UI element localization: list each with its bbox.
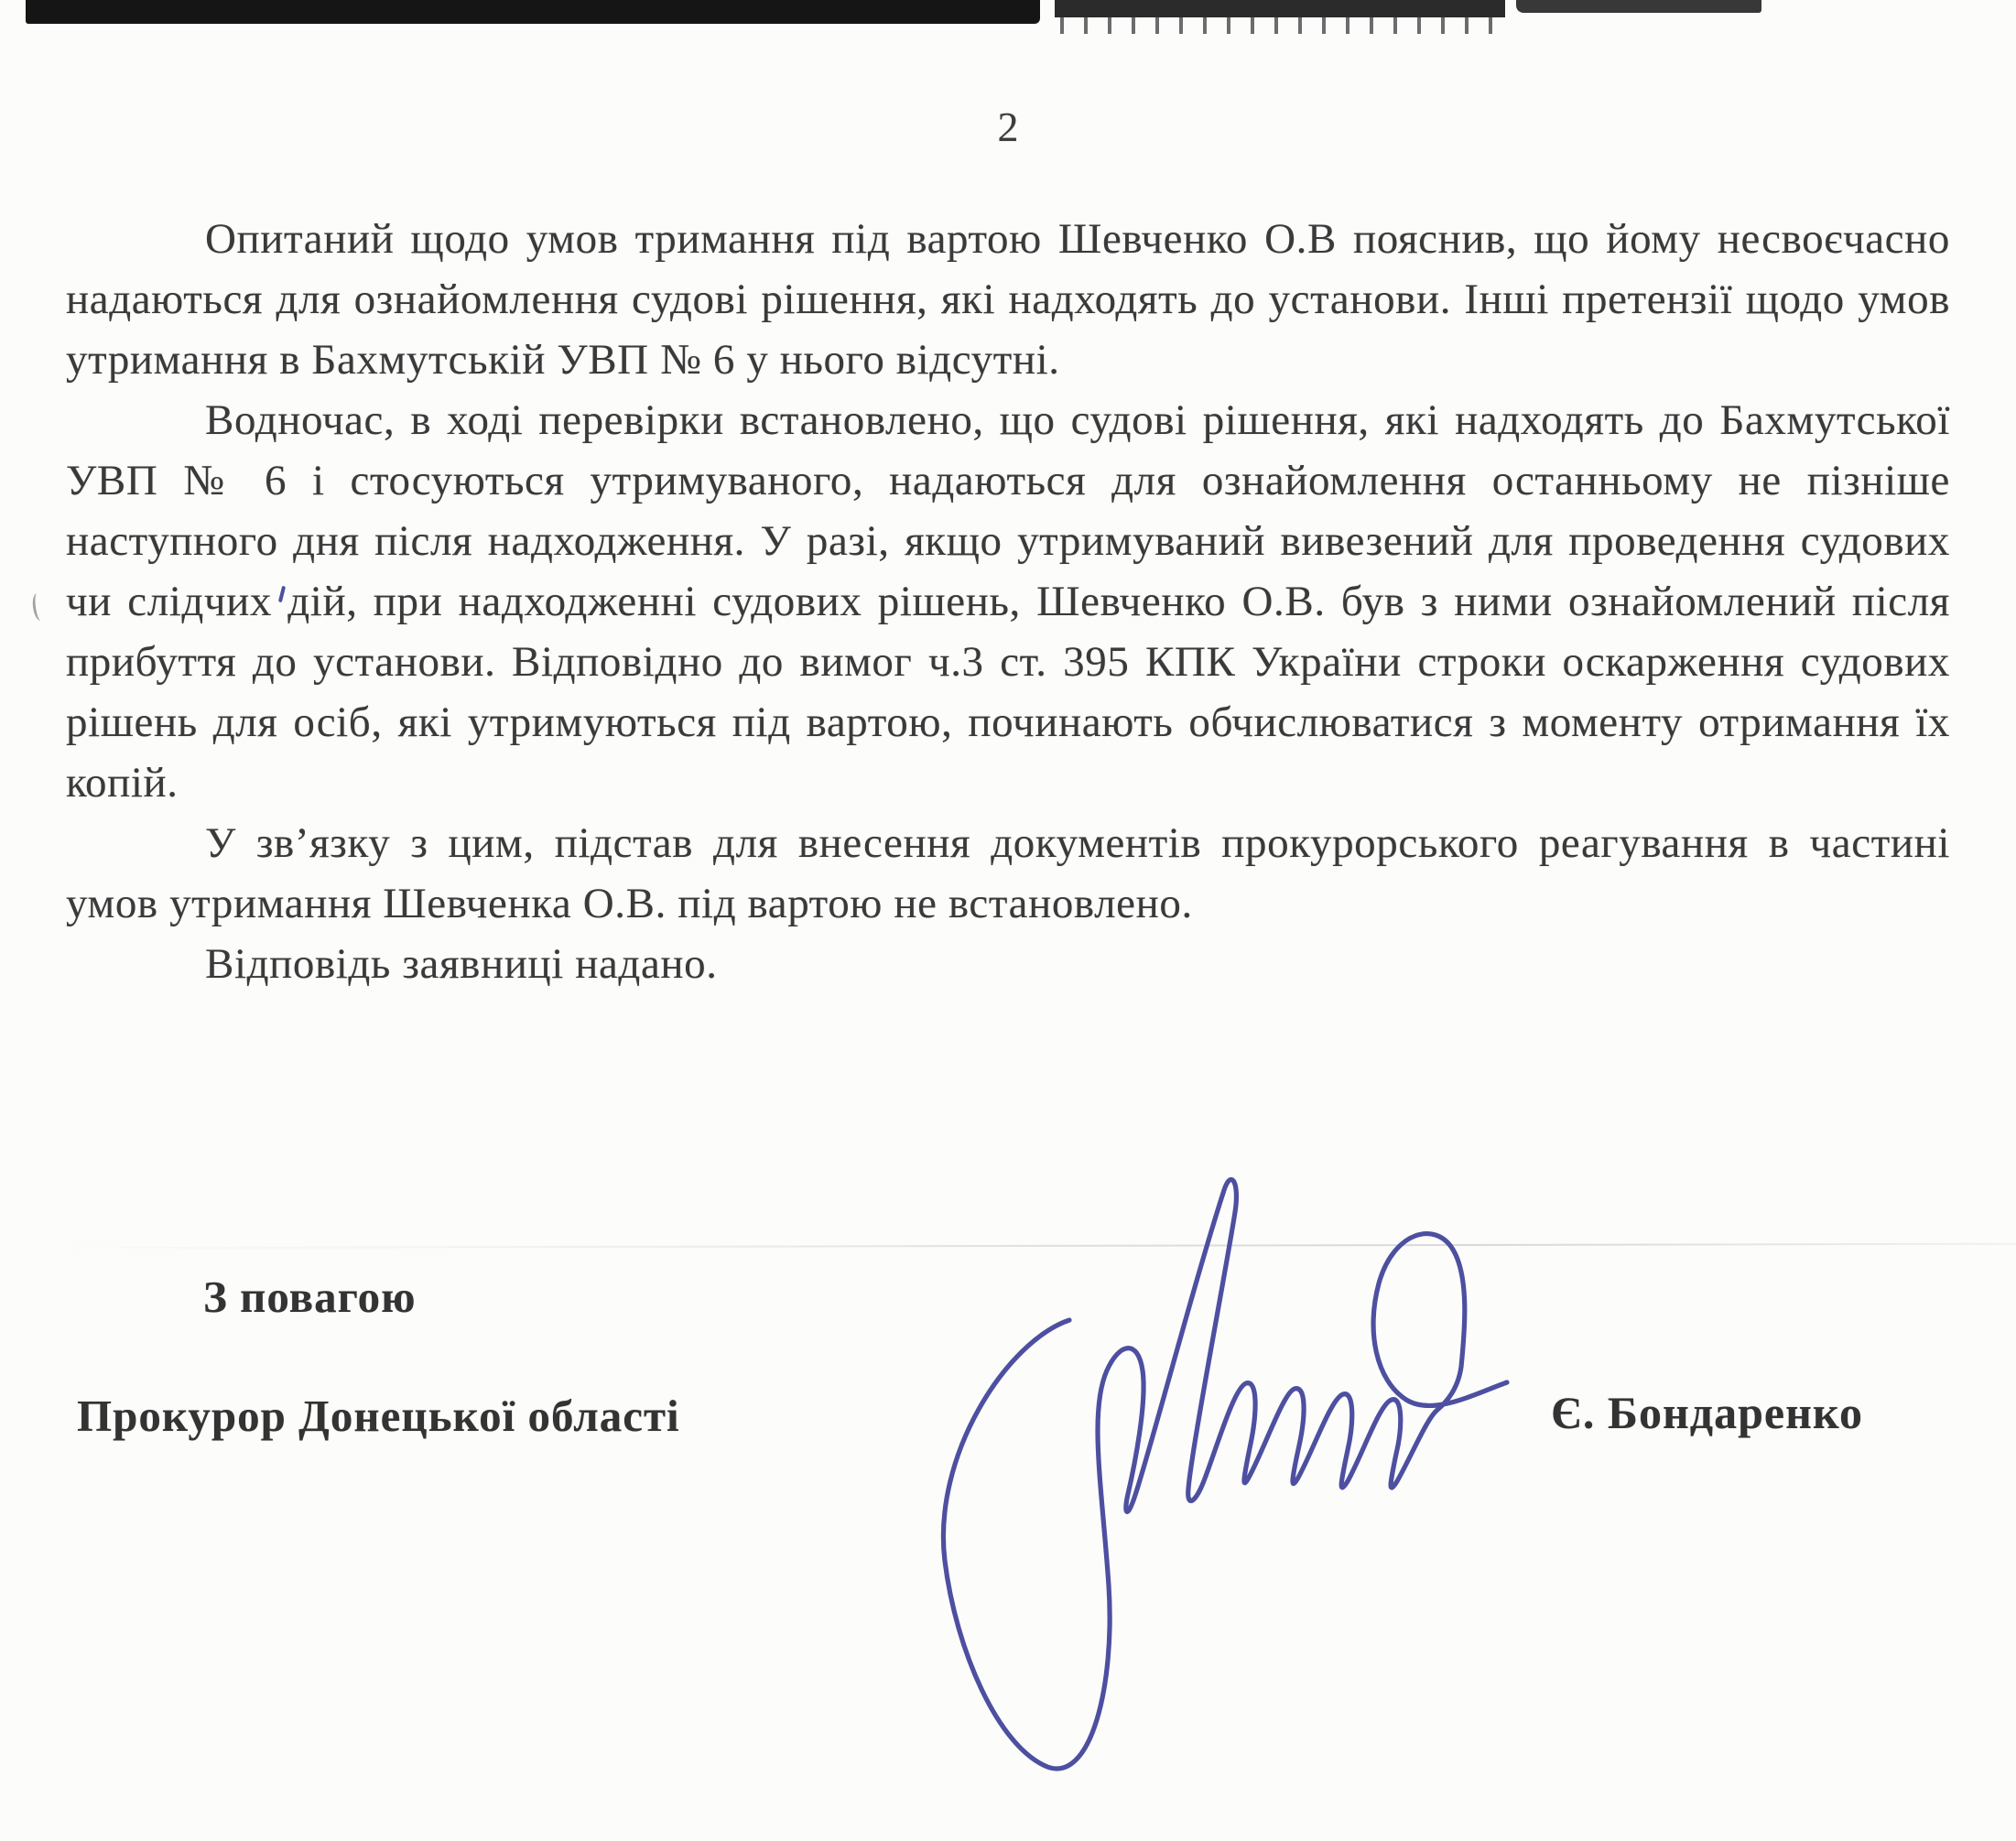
paragraph-conclusion: У зв’язку з цим, підстав для внесення до…	[66, 813, 1950, 934]
signature-path	[943, 1179, 1507, 1769]
paragraph-reply-note: Відповідь заявниці надано.	[66, 934, 1950, 994]
scan-artifact-top-bar-middle	[1055, 0, 1505, 17]
scan-artifact-top-bar-left	[26, 0, 1040, 24]
paragraph-inspection-findings: Водночас, в ході перевірки встановлено, …	[66, 390, 1950, 813]
scanned-letter-page: 2 Опитаний щодо умов тримання під вартою…	[0, 0, 2016, 1841]
margin-pencil-mark	[31, 592, 47, 622]
page-number: 2	[0, 103, 2016, 151]
handwritten-signature	[870, 1172, 1511, 1813]
closing-salutation: З повагою	[203, 1271, 417, 1323]
scan-artifact-top-bar-right	[1516, 0, 1761, 13]
signer-name: Є. Бондаренко	[1551, 1386, 1863, 1439]
letter-body: Опитаний щодо умов тримання під вартою Ш…	[66, 209, 1950, 994]
paragraph-interview-statement: Опитаний щодо умов тримання під вартою Ш…	[66, 209, 1950, 390]
signer-title: Прокурор Донецької області	[77, 1390, 680, 1442]
